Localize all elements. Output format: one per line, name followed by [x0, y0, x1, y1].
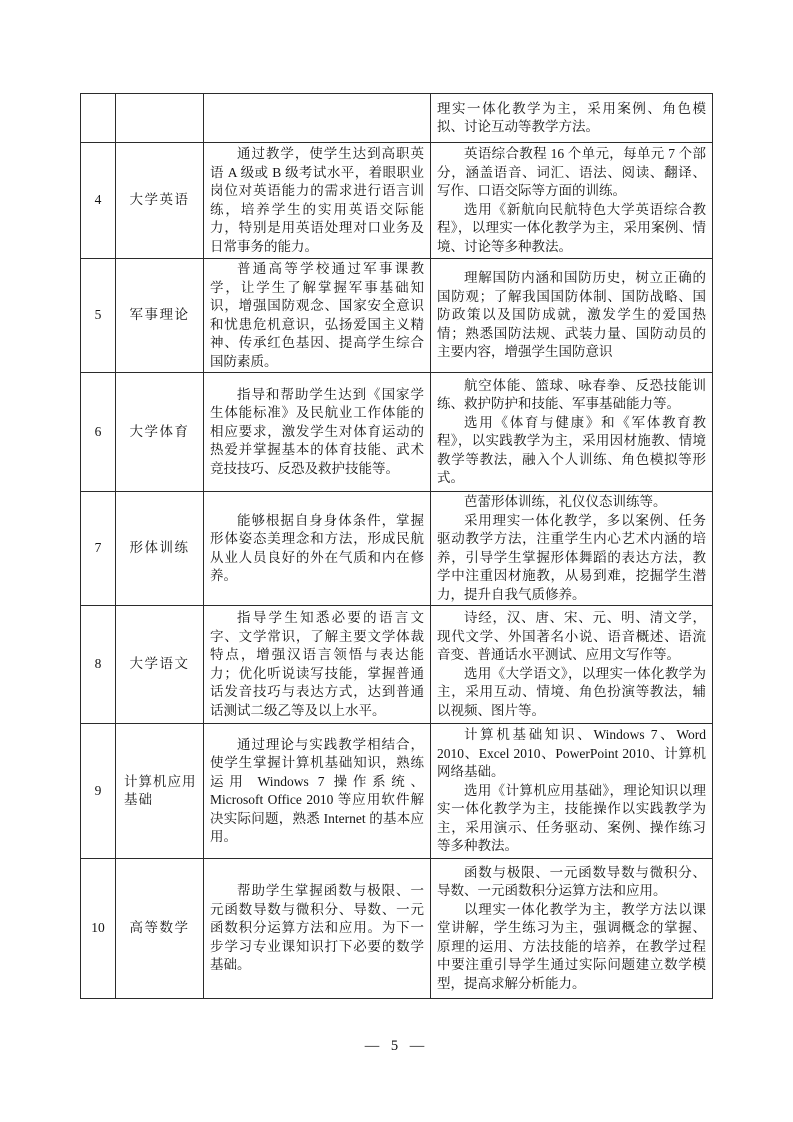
course-content-cell: 芭蕾形体训练，礼仪仪态训练等。采用理实一体化教学，多以案例、任务驱动教学方法，注… — [431, 492, 713, 606]
content-paragraph: 理解国防内涵和国防历史，树立正确的国防观；了解我国国防体制、国防战略、国防政策以… — [437, 269, 706, 362]
course-table-body: 理实一体化教学为主，采用案例、角色模拟、讨论互动等教学方法。4大学英语通过教学，… — [81, 94, 713, 999]
course-name-cell: 计算机应用基础 — [116, 724, 204, 859]
course-name-cell: 军事理论 — [116, 259, 204, 373]
course-objective-cell: 帮助学生掌握函数与极限、一元函数导数与微积分、导数、一元函数积分运算方法和应用。… — [204, 859, 431, 999]
content-paragraph: 英语综合教程 16 个单元，每单元 7 个部分，涵盖语音、词汇、语法、阅读、翻译… — [437, 145, 706, 201]
table-row: 9计算机应用基础通过理论与实践教学相结合，使学生掌握计算机基础知识，熟练运用 W… — [81, 724, 713, 859]
course-name-cell: 大学语文 — [116, 606, 204, 724]
row-number-cell: 6 — [81, 373, 116, 492]
row-number-cell: 9 — [81, 724, 116, 859]
course-objective-cell: 指导学生知悉必要的语言文字、文学常识，了解主要文学体裁特点，增强汉语言领悟与表达… — [204, 606, 431, 724]
course-content-cell: 诗经，汉、唐、宋、元、明、清文学，现代文学、外国著名小说、语音概述、语流音变、普… — [431, 606, 713, 724]
table-row: 6大学体育指导和帮助学生达到《国家学生体能标准》及民航业工作体能的相应要求，激发… — [81, 373, 713, 492]
course-name-cell: 大学英语 — [116, 143, 204, 259]
table-row: 7形体训练能够根据自身身体条件，掌握形体姿态美理念和方法，形成民航从业人员良好的… — [81, 492, 713, 606]
table-row: 4大学英语通过教学，使学生达到高职英语 A 级或 B 级考试水平，着眼职业岗位对… — [81, 143, 713, 259]
table-row: 10高等数学帮助学生掌握函数与极限、一元函数导数与微积分、导数、一元函数积分运算… — [81, 859, 713, 999]
course-name-cell: 大学体育 — [116, 373, 204, 492]
content-paragraph: 选用《体育与健康》和《军体教育教程》，以实践教学为主，采用因材施教、情境教学等教… — [437, 414, 706, 488]
objective-paragraph: 能够根据自身身体条件，掌握形体姿态美理念和方法，形成民航从业人员良好的外在气质和… — [210, 512, 424, 586]
content-paragraph: 诗经，汉、唐、宋、元、明、清文学，现代文学、外国著名小说、语音概述、语流音变、普… — [437, 609, 706, 665]
content-paragraph: 理实一体化教学为主，采用案例、角色模拟、讨论互动等教学方法。 — [437, 100, 706, 137]
content-paragraph: 芭蕾形体训练，礼仪仪态训练等。 — [437, 493, 706, 512]
content-paragraph: 选用《计算机应用基础》，理论知识以理实一体化教学为主，技能操作以实践教学为主，采… — [437, 782, 706, 856]
course-content-cell: 航空体能、篮球、咏春拳、反恐技能训练、救护防护和技能、军事基础能力等。选用《体育… — [431, 373, 713, 492]
table-row: 理实一体化教学为主，采用案例、角色模拟、讨论互动等教学方法。 — [81, 94, 713, 143]
document-page: 理实一体化教学为主，采用案例、角色模拟、讨论互动等教学方法。4大学英语通过教学，… — [0, 0, 793, 1122]
content-paragraph: 选用《大学语文》，以理实一体化教学为主，采用互动、情境、角色扮演等教法，辅以视频… — [437, 665, 706, 721]
objective-paragraph: 指导学生知悉必要的语言文字、文学常识，了解主要文学体裁特点，增强汉语言领悟与表达… — [210, 609, 424, 720]
row-number-cell: 10 — [81, 859, 116, 999]
content-paragraph: 采用理实一体化教学，多以案例、任务驱动教学方法，注重学生内心艺术内涵的培养，引导… — [437, 512, 706, 605]
course-objective-cell: 指导和帮助学生达到《国家学生体能标准》及民航业工作体能的相应要求，激发学生对体育… — [204, 373, 431, 492]
objective-paragraph: 通过理论与实践教学相结合，使学生掌握计算机基础知识，熟练运用 Windows 7… — [210, 736, 424, 847]
objective-paragraph: 通过教学，使学生达到高职英语 A 级或 B 级考试水平，着眼职业岗位对英语能力的… — [210, 145, 424, 256]
course-objective-cell — [204, 94, 431, 143]
course-objective-cell: 能够根据自身身体条件，掌握形体姿态美理念和方法，形成民航从业人员良好的外在气质和… — [204, 492, 431, 606]
course-objective-cell: 通过理论与实践教学相结合，使学生掌握计算机基础知识，熟练运用 Windows 7… — [204, 724, 431, 859]
objective-paragraph: 普通高等学校通过军事课教学，让学生了解掌握军事基础知识，增强国防观念、国家安全意… — [210, 260, 424, 371]
row-number-cell — [81, 94, 116, 143]
objective-paragraph: 帮助学生掌握函数与极限、一元函数导数与微积分、导数、一元函数积分运算方法和应用。… — [210, 882, 424, 975]
course-content-cell: 理实一体化教学为主，采用案例、角色模拟、讨论互动等教学方法。 — [431, 94, 713, 143]
page-number: — 5 — — [0, 1038, 793, 1055]
course-objective-cell: 通过教学，使学生达到高职英语 A 级或 B 级考试水平，着眼职业岗位对英语能力的… — [204, 143, 431, 259]
course-name-cell — [116, 94, 204, 143]
course-objective-cell: 普通高等学校通过军事课教学，让学生了解掌握军事基础知识，增强国防观念、国家安全意… — [204, 259, 431, 373]
course-name-cell: 形体训练 — [116, 492, 204, 606]
course-content-cell: 函数与极限、一元函数导数与微积分、导数、一元函数积分运算方法和应用。以理实一体化… — [431, 859, 713, 999]
row-number-cell: 7 — [81, 492, 116, 606]
content-paragraph: 选用《新航向民航特色大学英语综合教程》，以理实一体化教学为主，采用案例、情境、讨… — [437, 201, 706, 257]
course-content-cell: 理解国防内涵和国防历史，树立正确的国防观；了解我国国防体制、国防战略、国防政策以… — [431, 259, 713, 373]
table-row: 5军事理论普通高等学校通过军事课教学，让学生了解掌握军事基础知识，增强国防观念、… — [81, 259, 713, 373]
objective-paragraph: 指导和帮助学生达到《国家学生体能标准》及民航业工作体能的相应要求，激发学生对体育… — [210, 386, 424, 479]
course-name-cell: 高等数学 — [116, 859, 204, 999]
content-paragraph: 航空体能、篮球、咏春拳、反恐技能训练、救护防护和技能、军事基础能力等。 — [437, 377, 706, 414]
row-number-cell: 8 — [81, 606, 116, 724]
content-paragraph: 计算机基础知识、Windows 7、Word 2010、Excel 2010、P… — [437, 726, 706, 782]
table-row: 8大学语文指导学生知悉必要的语言文字、文学常识，了解主要文学体裁特点，增强汉语言… — [81, 606, 713, 724]
course-content-cell: 计算机基础知识、Windows 7、Word 2010、Excel 2010、P… — [431, 724, 713, 859]
row-number-cell: 5 — [81, 259, 116, 373]
row-number-cell: 4 — [81, 143, 116, 259]
content-paragraph: 以理实一体化教学为主，教学方法以课堂讲解，学生练习为主，强调概念的掌握、原理的运… — [437, 901, 706, 994]
course-content-cell: 英语综合教程 16 个单元，每单元 7 个部分，涵盖语音、词汇、语法、阅读、翻译… — [431, 143, 713, 259]
content-paragraph: 函数与极限、一元函数导数与微积分、导数、一元函数积分运算方法和应用。 — [437, 864, 706, 901]
course-table: 理实一体化教学为主，采用案例、角色模拟、讨论互动等教学方法。4大学英语通过教学，… — [80, 93, 713, 999]
